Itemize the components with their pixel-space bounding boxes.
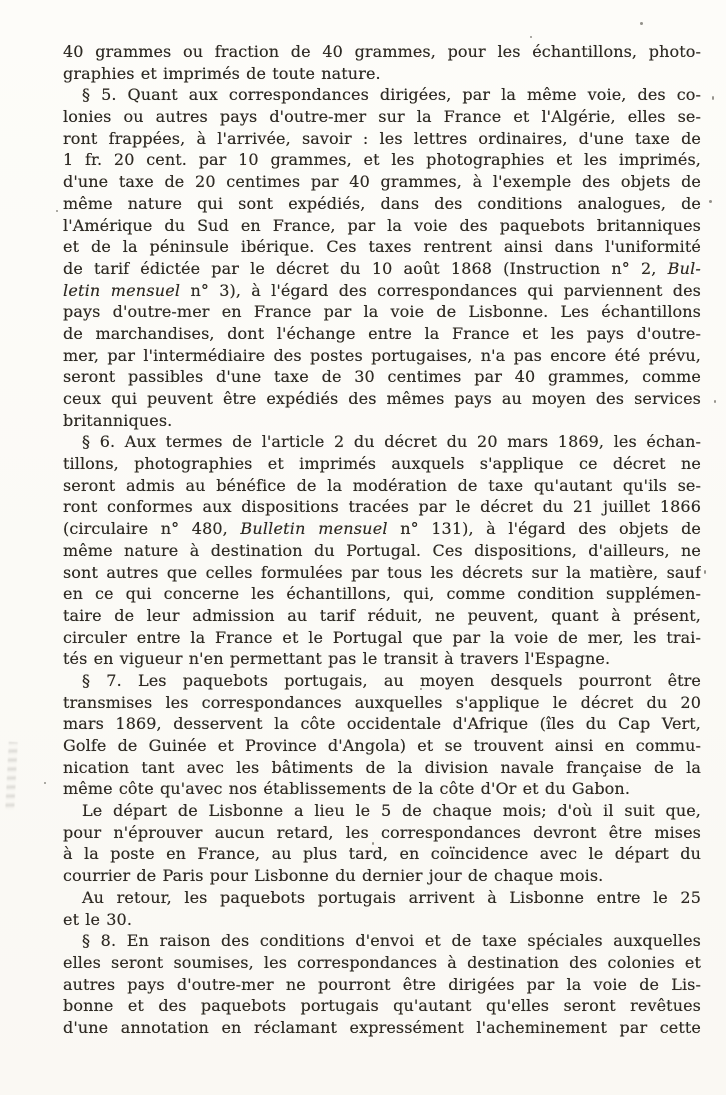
text-line: en ce qui concerne les échantillons, qui… <box>63 583 701 605</box>
para-section-5: § 5. Quant aux correspondances dirigées,… <box>63 84 701 431</box>
text-line: Le départ de Lisbonne a lieu le 5 de cha… <box>63 800 701 822</box>
text-line: courrier de Paris pour Lisbonne du derni… <box>63 865 701 887</box>
text-line: et de la péninsule ibérique. Ces taxes r… <box>63 236 701 258</box>
text-line: § 7. Les paquebots portugais, au moyen d… <box>63 670 701 692</box>
text-line: britanniques. <box>63 410 701 432</box>
para-section-6: § 6. Aux termes de l'article 2 du décret… <box>63 431 701 670</box>
text-line: autres pays d'outre-mer ne pourront être… <box>63 974 701 996</box>
text-line: nication tant avec les bâtiments de la d… <box>63 757 701 779</box>
text-line: graphies et imprimés de toute nature. <box>63 63 701 85</box>
para-section-7: § 7. Les paquebots portugais, au moyen d… <box>63 670 701 800</box>
scanned-page: 40 grammes ou fraction de 40 grammes, po… <box>0 0 726 1095</box>
text-line: sont autres que celles formulées par tou… <box>63 562 701 584</box>
body-text: n° 131), à l'égard des objets de <box>388 519 701 538</box>
text-line: circuler entre la France et le Portugal … <box>63 627 701 649</box>
text-line: pays d'outre-mer en France par la voie d… <box>63 301 701 323</box>
para-continuation-40-grammes: 40 grammes ou fraction de 40 grammes, po… <box>63 41 701 84</box>
text-line: tés en vigueur n'en permettant pas le tr… <box>63 648 701 670</box>
scan-speck <box>709 200 712 203</box>
text-line: et le 30. <box>63 909 701 931</box>
text-line: ceux qui peuvent être expédiés des mêmes… <box>63 388 701 410</box>
text-line: même côte qu'avec nos établissements de … <box>63 778 701 800</box>
text-line: seront admis au bénéfice de la modératio… <box>63 475 701 497</box>
text-line: l'Amérique du Sud en France, par la voie… <box>63 215 701 237</box>
text-line: elles seront soumises, les correspondanc… <box>63 952 701 974</box>
text-line: de tarif édictée par le décret du 10 aoû… <box>63 258 701 280</box>
italic-citation-text: letin mensuel <box>63 281 180 300</box>
text-line: bonne et des paquebots portugais qu'auta… <box>63 995 701 1017</box>
text-line: (circulaire n° 480, Bulletin mensuel n° … <box>63 518 701 540</box>
body-text: (circulaire n° 480, <box>63 519 240 538</box>
margin-smudge-artifact <box>5 742 18 810</box>
text-line: § 5. Quant aux correspondances dirigées,… <box>63 84 701 106</box>
scan-speck <box>704 570 706 574</box>
text-line: pour n'éprouver aucun retard, les corres… <box>63 822 701 844</box>
body-text: n° 3), à l'égard des correspondances qui… <box>180 281 701 300</box>
text-line: d'une taxe de 20 centimes par 40 grammes… <box>63 171 701 193</box>
text-line: § 8. En raison des conditions d'envoi et… <box>63 930 701 952</box>
text-line: 40 grammes ou fraction de 40 grammes, po… <box>63 41 701 63</box>
scan-speck <box>714 400 716 403</box>
text-line: tillons, photographies et imprimés auxqu… <box>63 453 701 475</box>
text-line: mer, par l'intermédiaire des postes port… <box>63 345 701 367</box>
body-text: de tarif édictée par le décret du 10 aoû… <box>63 259 668 278</box>
para-au-retour: Au retour, les paquebots portugais arriv… <box>63 887 701 930</box>
text-line: Golfe de Guinée et Province d'Angola) et… <box>63 735 701 757</box>
scan-speck <box>44 782 46 784</box>
text-line: d'une annotation en réclamant expresséme… <box>63 1017 701 1039</box>
text-line: lonies ou autres pays d'outre-mer sur la… <box>63 106 701 128</box>
text-line: même nature qui sont expédiés, dans des … <box>63 193 701 215</box>
italic-citation-text: Bul- <box>668 259 701 278</box>
italic-citation-text: Bulletin mensuel <box>240 519 387 538</box>
text-line: 1 fr. 20 cent. par 10 grammes, et les ph… <box>63 149 701 171</box>
para-section-8: § 8. En raison des conditions d'envoi et… <box>63 930 701 1038</box>
scan-speck <box>56 210 58 212</box>
text-line: seront passibles d'une taxe de 30 centim… <box>63 366 701 388</box>
scan-speck <box>640 22 643 25</box>
text-line: transmises les correspondances auxquelle… <box>63 692 701 714</box>
text-line: ront conformes aux dispositions tracées … <box>63 496 701 518</box>
text-line: mars 1869, desservent la côte occidental… <box>63 713 701 735</box>
text-line: à la poste en France, au plus tard, en c… <box>63 843 701 865</box>
text-line: Au retour, les paquebots portugais arriv… <box>63 887 701 909</box>
text-line: même nature à destination du Portugal. C… <box>63 540 701 562</box>
text-line: § 6. Aux termes de l'article 2 du décret… <box>63 431 701 453</box>
text-line: de marchandises, dont l'échange entre la… <box>63 323 701 345</box>
text-line: taire de leur admission au tarif réduit,… <box>63 605 701 627</box>
scan-speck <box>530 36 532 38</box>
para-depart-lisbonne: Le départ de Lisbonne a lieu le 5 de cha… <box>63 800 701 887</box>
text-line: ront frappées, à l'arrivée, savoir : les… <box>63 128 701 150</box>
scan-speck <box>712 96 714 100</box>
page-text-block: 40 grammes ou fraction de 40 grammes, po… <box>63 41 701 1039</box>
text-line: letin mensuel n° 3), à l'égard des corre… <box>63 280 701 302</box>
